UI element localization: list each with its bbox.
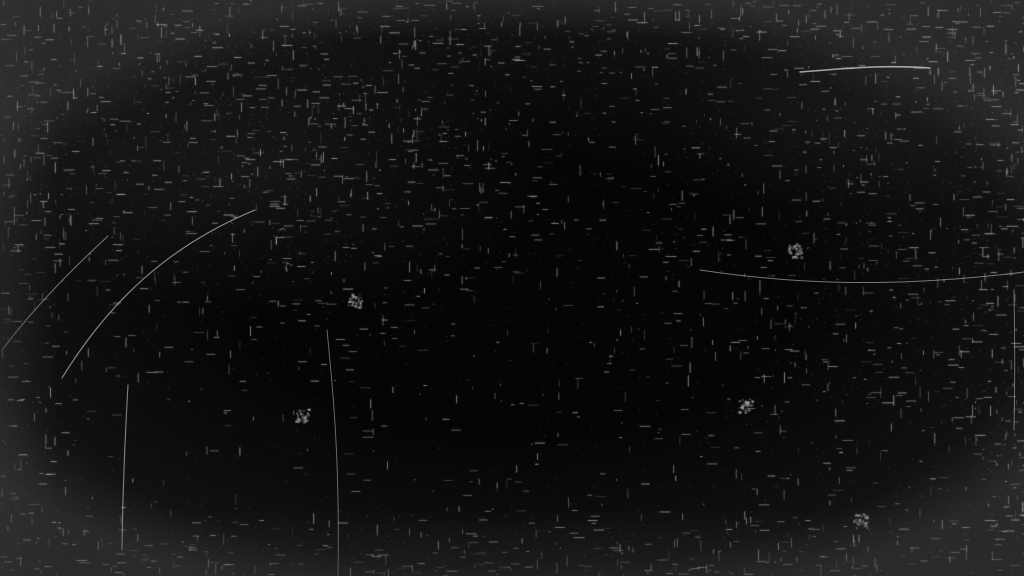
scratch-arc-left [62,210,255,378]
vignette-top [0,0,1024,40]
scratch-horizontal-right [700,270,1024,283]
scratch-horizontal-top-right [800,67,930,72]
scratch-vertical-right-edge [1014,290,1015,430]
vignette-left [0,0,60,576]
scratch-lines-layer [0,0,1024,576]
vignette-bottom [0,506,1024,576]
